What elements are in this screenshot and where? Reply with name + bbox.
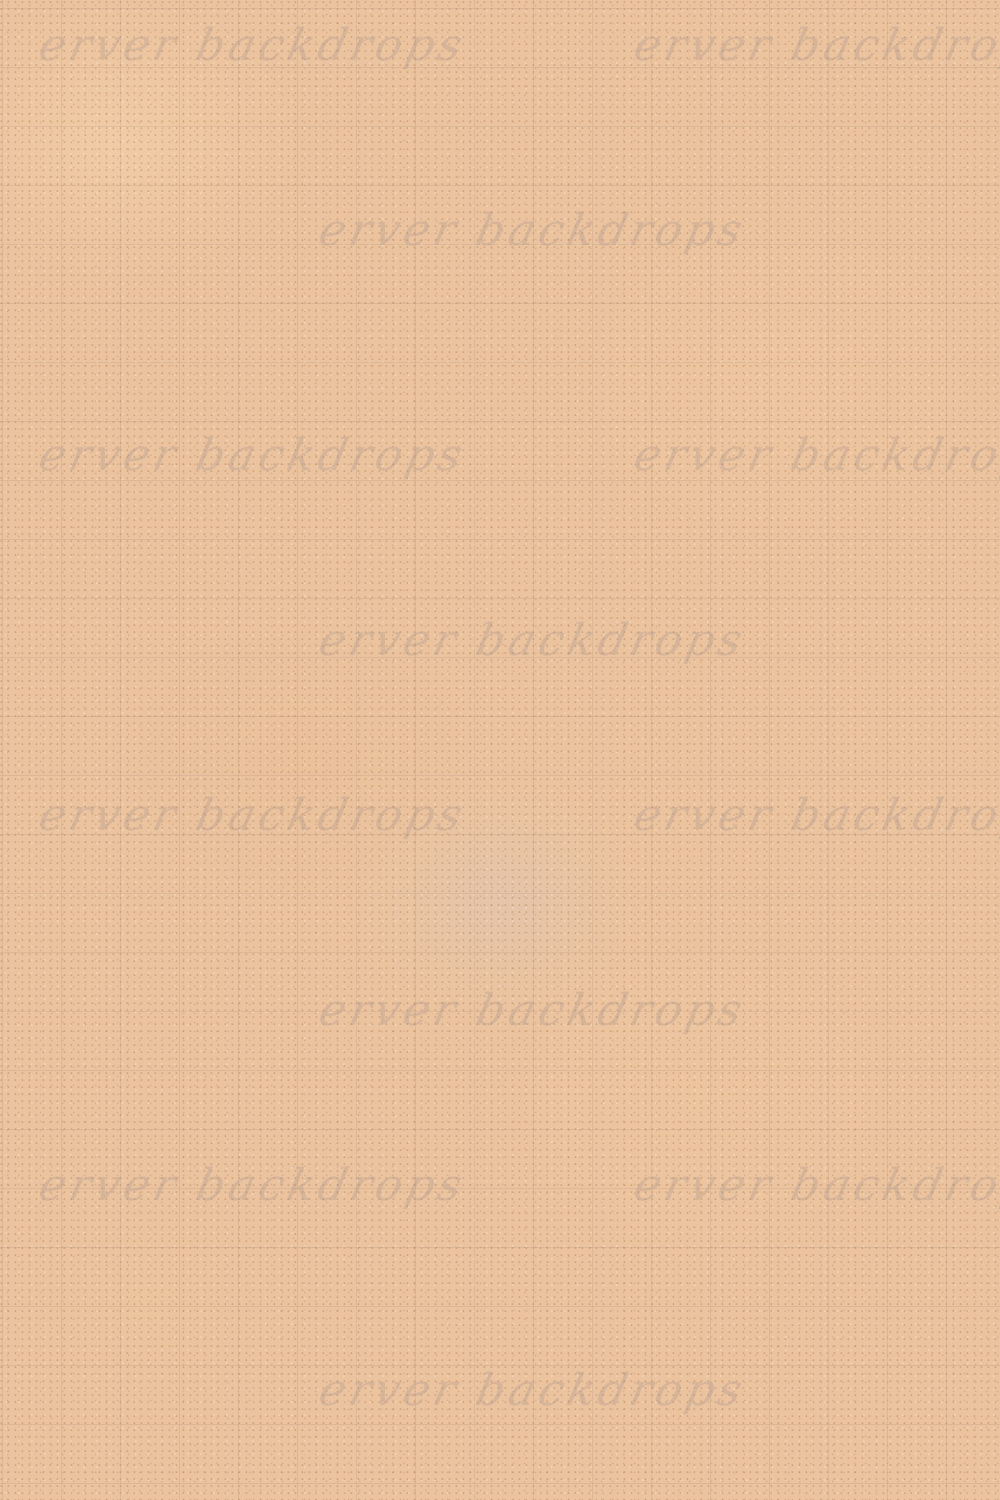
watermark: erver backdrops: [315, 985, 751, 1036]
watermark: erver backdrops: [315, 615, 751, 666]
watermark: erver backdrops: [630, 790, 1000, 841]
watermark: erver backdrops: [315, 205, 751, 256]
watermark: erver backdrops: [315, 1365, 751, 1416]
watermark: erver backdrops: [35, 790, 471, 841]
watermark: erver backdrops: [630, 20, 1000, 71]
backdrop-image: erver backdrops erver backdrops erver ba…: [0, 0, 1000, 1500]
watermark: erver backdrops: [35, 20, 471, 71]
watermark: erver backdrops: [35, 1160, 471, 1211]
watermark: erver backdrops: [630, 1160, 1000, 1211]
watermark: erver backdrops: [630, 430, 1000, 481]
watermark: erver backdrops: [35, 430, 471, 481]
